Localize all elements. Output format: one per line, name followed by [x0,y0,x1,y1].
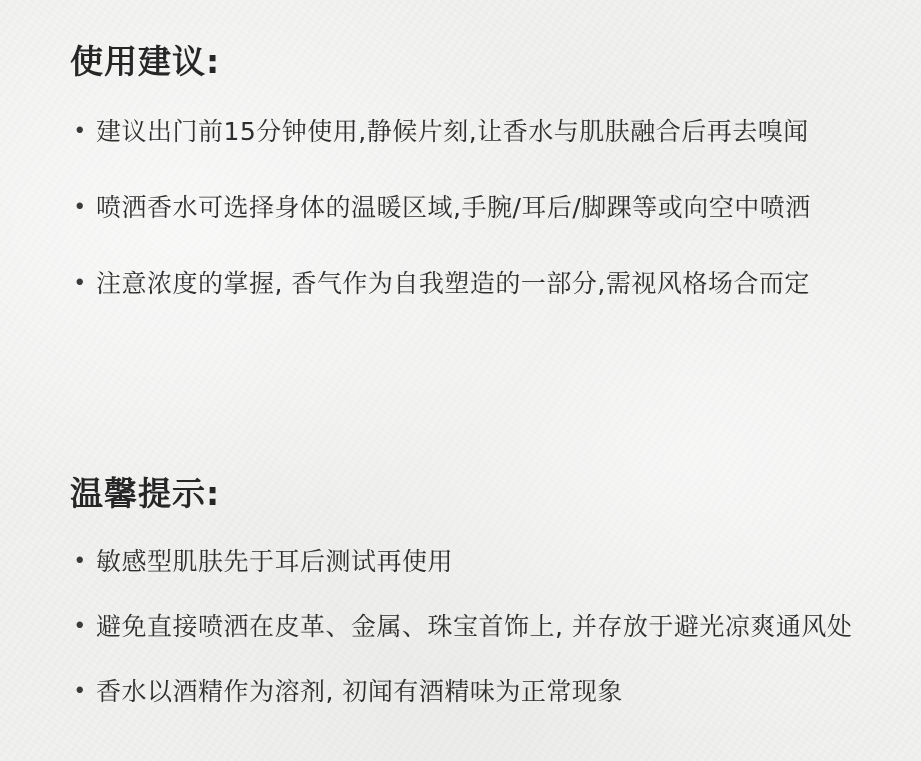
bullet-icon: • [71,672,89,711]
tips-title: 温馨提示: [70,474,890,514]
usage-item-text: 建议出门前15分钟使用,静候片刻,让香水与肌肤融合后再去嗅闻 [96,117,809,146]
usage-title: 使用建议: [70,42,890,82]
tips-item-text: 敏感型肌肤先于耳后测试再使用 [96,547,453,576]
tips-item: • 避免直接喷洒在皮革、金属、珠宝首饰上, 并存放于避光凉爽通风处 [70,607,890,646]
tips-list: • 敏感型肌肤先于耳后测试再使用 • 避免直接喷洒在皮革、金属、珠宝首饰上, 并… [70,542,890,711]
usage-item: • 建议出门前15分钟使用,静候片刻,让香水与肌肤融合后再去嗅闻 [70,112,890,151]
tips-item-text: 香水以酒精作为溶剂, 初闻有酒精味为正常现象 [96,677,623,706]
tips-item-text: 避免直接喷洒在皮革、金属、珠宝首饰上, 并存放于避光凉爽通风处 [96,612,852,641]
usage-list: • 建议出门前15分钟使用,静候片刻,让香水与肌肤融合后再去嗅闻 • 喷洒香水可… [70,112,890,303]
tips-section: 温馨提示: • 敏感型肌肤先于耳后测试再使用 • 避免直接喷洒在皮革、金属、珠宝… [70,474,890,737]
usage-item: • 喷洒香水可选择身体的温暖区域,手腕/耳后/脚踝等或向空中喷洒 [70,188,890,227]
usage-item: • 注意浓度的掌握, 香气作为自我塑造的一部分,需视风格场合而定 [70,264,890,303]
bullet-icon: • [71,264,89,303]
tips-item: • 香水以酒精作为溶剂, 初闻有酒精味为正常现象 [70,672,890,711]
bullet-icon: • [71,188,89,227]
bullet-icon: • [71,607,89,646]
bullet-icon: • [71,112,89,151]
usage-section: 使用建议: • 建议出门前15分钟使用,静候片刻,让香水与肌肤融合后再去嗅闻 •… [70,42,890,340]
usage-item-text: 喷洒香水可选择身体的温暖区域,手腕/耳后/脚踝等或向空中喷洒 [96,193,811,222]
tips-item: • 敏感型肌肤先于耳后测试再使用 [70,542,890,581]
bullet-icon: • [71,542,89,581]
usage-item-text: 注意浓度的掌握, 香气作为自我塑造的一部分,需视风格场合而定 [96,269,810,298]
